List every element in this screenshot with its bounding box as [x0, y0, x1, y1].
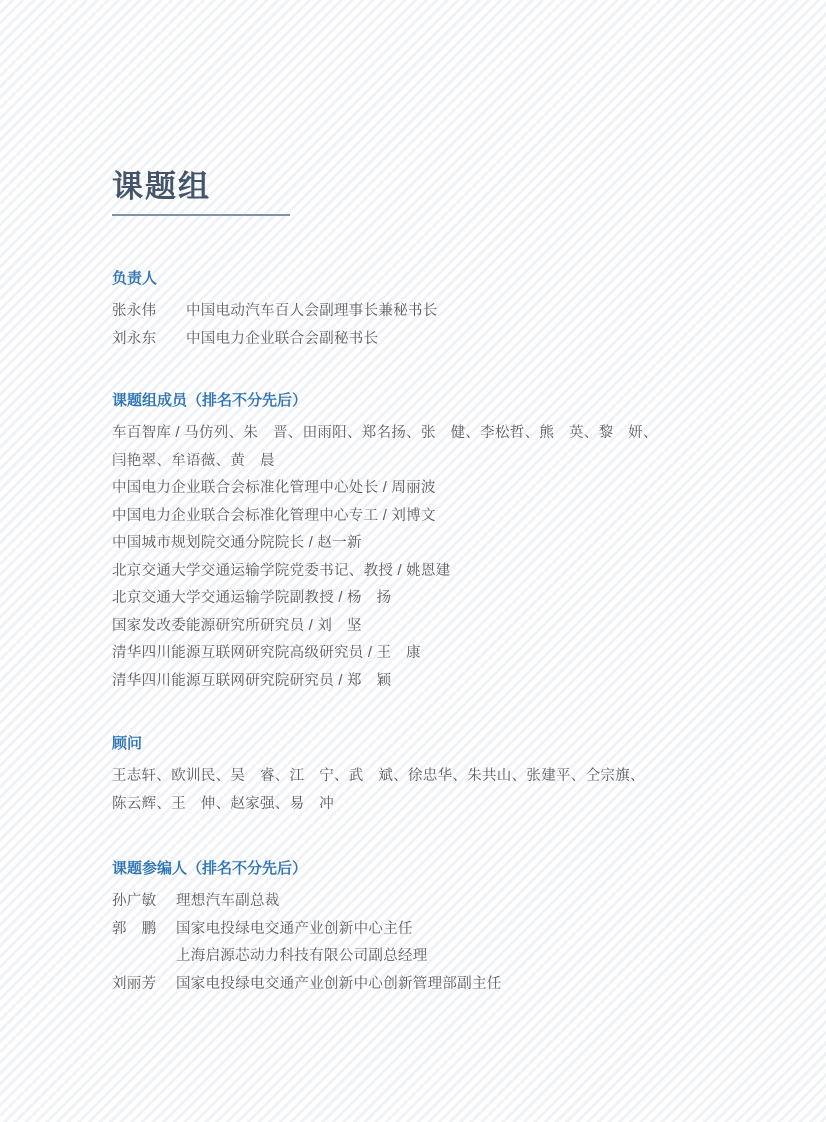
member-line: 清华四川能源互联网研究院研究员 / 郑 颖: [112, 668, 726, 696]
person-name: 刘永东: [112, 326, 186, 354]
section-heading-contributors: 课题参编人（排名不分先后）: [112, 858, 726, 880]
person-name: 郭 鹏: [112, 916, 176, 944]
person-entry: 刘丽芳国家电投绿电交通产业创新中心创新管理部副主任: [112, 971, 726, 999]
person-name: 张永伟: [112, 298, 186, 326]
section-heading-members: 课题组成员（排名不分先后）: [112, 390, 726, 412]
person-entry: 刘永东中国电力企业联合会副秘书长: [112, 326, 726, 354]
advisor-line: 王志轩、欧训民、吴 睿、江 宁、武 斌、徐忠华、朱共山、张建平、仝宗旗、: [112, 763, 726, 791]
member-line: 闫艳翠、牟语薇、黄 晨: [112, 448, 726, 476]
section-leaders: 负责人 张永伟中国电动汽车百人会副理事长兼秘书长 刘永东中国电力企业联合会副秘书…: [112, 268, 726, 353]
person-role: 上海启源芯动力科技有限公司副总经理: [176, 948, 428, 964]
person-role: 中国电动汽车百人会副理事长兼秘书长: [186, 303, 438, 319]
person-name: 刘丽芳: [112, 971, 176, 999]
person-entry: 孙广敏理想汽车副总裁: [112, 888, 726, 916]
member-line: 清华四川能源互联网研究院高级研究员 / 王 康: [112, 640, 726, 668]
advisor-line: 陈云辉、王 伸、赵家强、易 冲: [112, 791, 726, 819]
person-entry: 郭 鹏国家电投绿电交通产业创新中心主任: [112, 916, 726, 944]
person-role: 国家电投绿电交通产业创新中心主任: [176, 921, 413, 937]
member-line: 中国电力企业联合会标准化管理中心处长 / 周丽波: [112, 475, 726, 503]
section-advisors: 顾问 王志轩、欧训民、吴 睿、江 宁、武 斌、徐忠华、朱共山、张建平、仝宗旗、 …: [112, 733, 726, 818]
person-entry: 上海启源芯动力科技有限公司副总经理: [112, 943, 726, 971]
member-line: 中国电力企业联合会标准化管理中心专工 / 刘博文: [112, 503, 726, 531]
section-heading-leaders: 负责人: [112, 268, 726, 290]
member-line: 中国城市规划院交通分院院长 / 赵一新: [112, 530, 726, 558]
member-line: 国家发改委能源研究所研究员 / 刘 坚: [112, 613, 726, 641]
person-name: 孙广敏: [112, 888, 176, 916]
person-role: 理想汽车副总裁: [176, 893, 280, 909]
member-line: 车百智库 / 马仿列、朱 晋、田雨阳、郑名扬、张 健、李松哲、熊 英、黎 妍、: [112, 420, 726, 448]
person-entry: 张永伟中国电动汽车百人会副理事长兼秘书长: [112, 298, 726, 326]
member-line: 北京交通大学交通运输学院党委书记、教授 / 姚恩建: [112, 558, 726, 586]
title-divider: [112, 214, 290, 216]
document-page: 课题组 负责人 张永伟中国电动汽车百人会副理事长兼秘书长 刘永东中国电力企业联合…: [0, 0, 826, 1122]
section-heading-advisors: 顾问: [112, 733, 726, 755]
person-role: 中国电力企业联合会副秘书长: [186, 331, 378, 347]
page-title: 课题组: [112, 168, 726, 206]
section-contributors: 课题参编人（排名不分先后） 孙广敏理想汽车副总裁 郭 鹏国家电投绿电交通产业创新…: [112, 858, 726, 998]
person-role: 国家电投绿电交通产业创新中心创新管理部副主任: [176, 976, 502, 992]
member-line: 北京交通大学交通运输学院副教授 / 杨 扬: [112, 585, 726, 613]
section-members: 课题组成员（排名不分先后） 车百智库 / 马仿列、朱 晋、田雨阳、郑名扬、张 健…: [112, 390, 726, 695]
